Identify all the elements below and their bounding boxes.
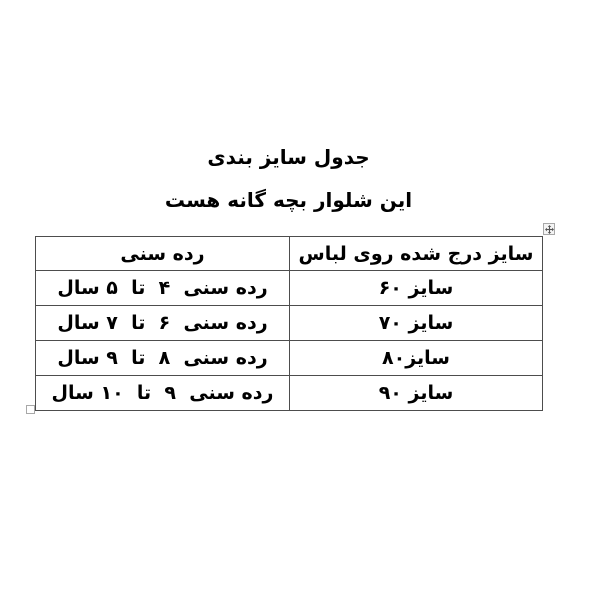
size-cell: سایز ۷۰ bbox=[290, 306, 543, 341]
size-cell: سایز ۹۰ bbox=[290, 376, 543, 411]
table-row: سایز ۶۰ رده سنی ۴ تا ۵ سال bbox=[36, 271, 543, 306]
size-cell: سایز۸۰ bbox=[290, 341, 543, 376]
table-resize-handle[interactable] bbox=[26, 405, 35, 414]
table-row: سایز۸۰ رده سنی ۸ تا ۹ سال bbox=[36, 341, 543, 376]
page-title: جدول سایز بندی bbox=[35, 145, 542, 169]
column-header-size-on-garment: سایز درج شده روی لباس bbox=[290, 237, 543, 271]
move-arrows-icon bbox=[545, 225, 554, 234]
age-cell: رده سنی ۹ تا ۱۰ سال bbox=[36, 376, 290, 411]
age-cell: رده سنی ۸ تا ۹ سال bbox=[36, 341, 290, 376]
age-cell: رده سنی ۶ تا ۷ سال bbox=[36, 306, 290, 341]
table-header-row: سایز درج شده روی لباس رده سنی bbox=[36, 237, 543, 271]
table-row: سایز ۹۰ رده سنی ۹ تا ۱۰ سال bbox=[36, 376, 543, 411]
size-chart-table: سایز درج شده روی لباس رده سنی سایز ۶۰ رد… bbox=[35, 236, 543, 411]
page-subtitle: این شلوار بچه گانه هست bbox=[35, 188, 542, 212]
age-cell: رده سنی ۴ تا ۵ سال bbox=[36, 271, 290, 306]
column-header-age-range: رده سنی bbox=[36, 237, 290, 271]
table-move-handle[interactable] bbox=[543, 223, 555, 235]
size-cell: سایز ۶۰ bbox=[290, 271, 543, 306]
table-row: سایز ۷۰ رده سنی ۶ تا ۷ سال bbox=[36, 306, 543, 341]
document-page: جدول سایز بندی این شلوار بچه گانه هست سا… bbox=[0, 0, 600, 600]
